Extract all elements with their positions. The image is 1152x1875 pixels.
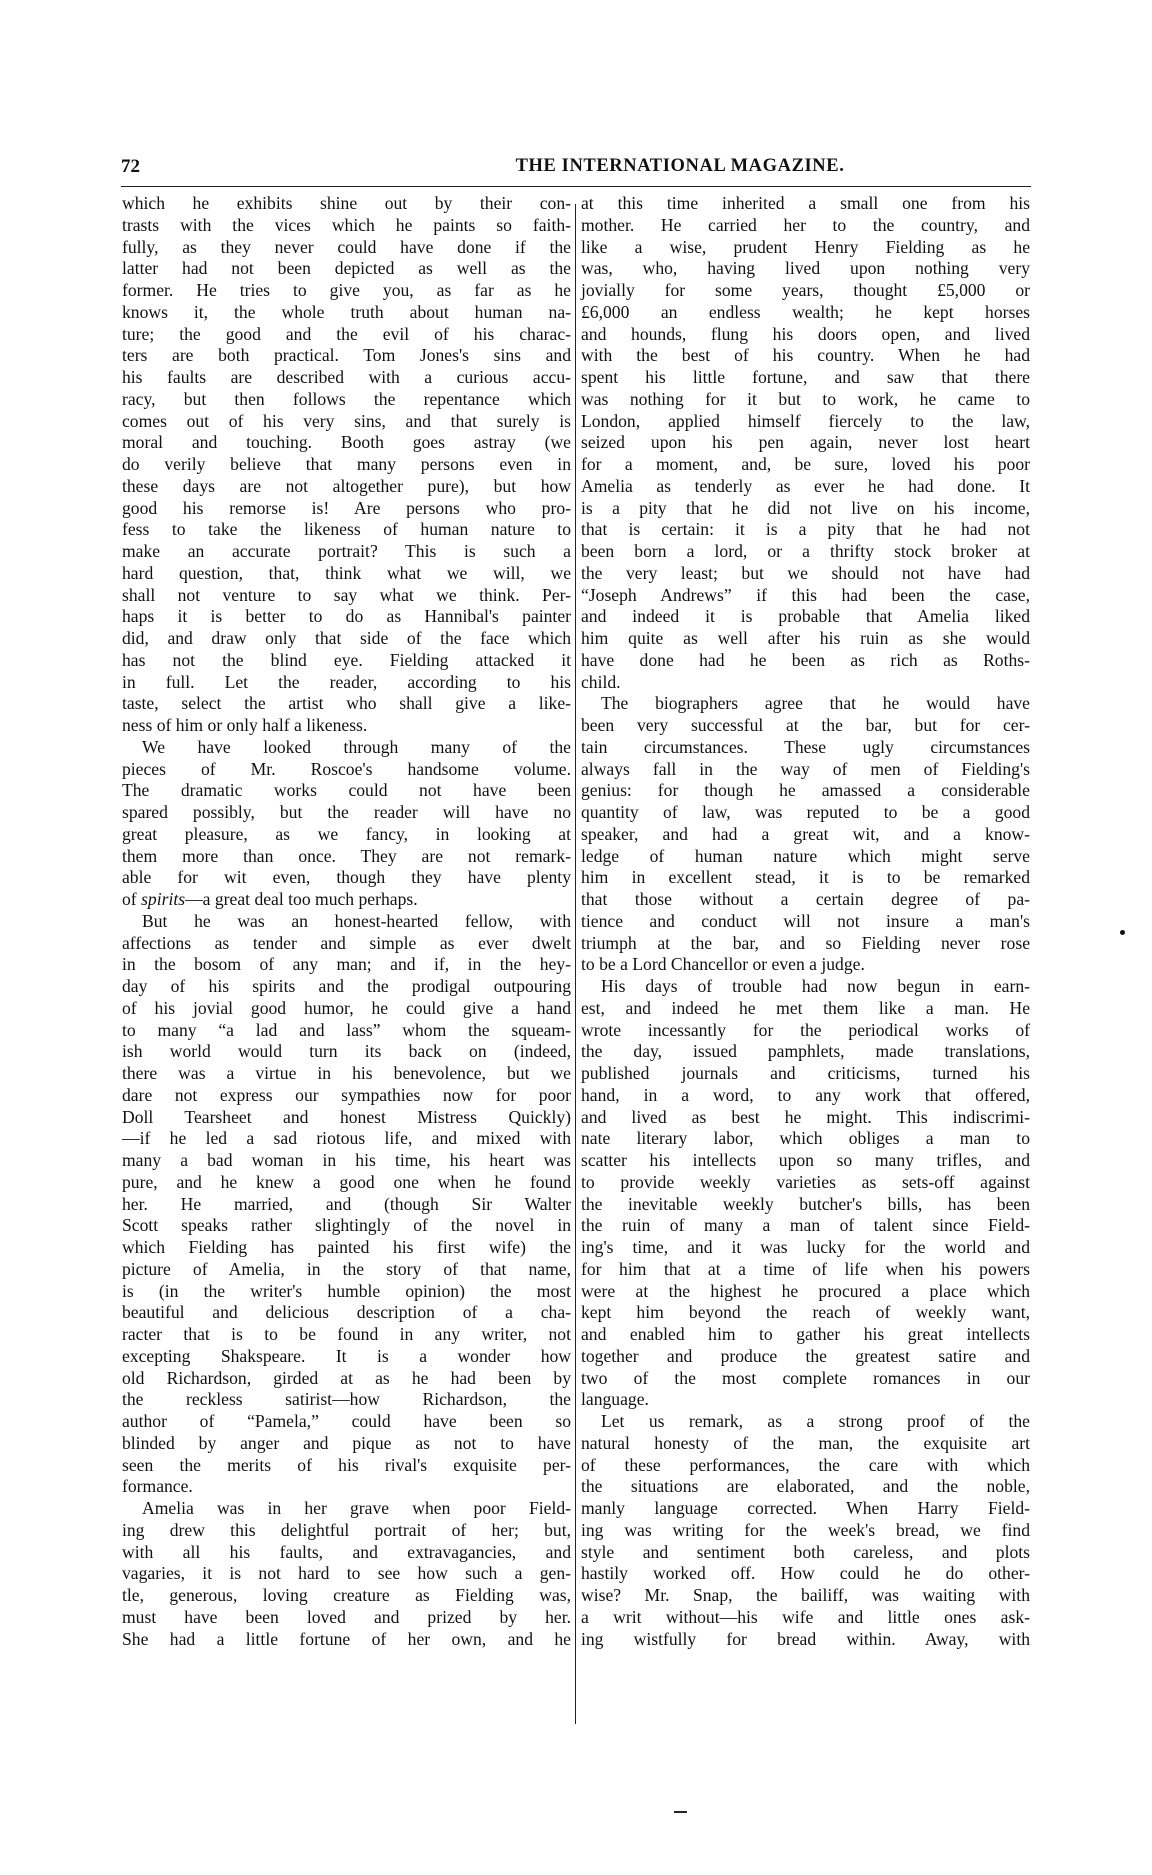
text-line: est, and indeed he met them like a man. …: [581, 998, 1030, 1020]
text-line: has not the blind eye. Fielding attacked…: [122, 650, 571, 672]
text-line: the ruin of many a man of talent since F…: [581, 1215, 1030, 1237]
text-line: “Joseph Andrews” if this had been the ca…: [581, 585, 1030, 607]
text-line: tain circumstances. These ugly circumsta…: [581, 737, 1030, 759]
printer-mark: [674, 1811, 687, 1813]
text-line: triumph at the bar, and so Fielding neve…: [581, 933, 1030, 955]
text-line: excepting Shakspeare. It is a wonder how: [122, 1346, 571, 1368]
text-line: that is certain: it is a pity that he ha…: [581, 519, 1030, 541]
text-line: her. He married, and (though Sir Walter: [122, 1194, 571, 1216]
text-line: the situations are elaborated, and the n…: [581, 1476, 1030, 1498]
text-line: manly language corrected. When Harry Fie…: [581, 1498, 1030, 1520]
text-line: Let us remark, as a strong proof of the: [581, 1411, 1030, 1433]
text-line: haps it is better to do as Hannibal's pa…: [122, 606, 571, 628]
text-line: the very least; but we should not have h…: [581, 563, 1030, 585]
text-line: latter had not been depicted as well as …: [122, 258, 571, 280]
text-line: pure, and he knew a good one when he fou…: [122, 1172, 571, 1194]
text-line: the inevitable weekly butcher's bills, h…: [581, 1194, 1030, 1216]
text-line: hastily worked off. How could he do othe…: [581, 1563, 1030, 1585]
text-line: racy, but then follows the repentance wh…: [122, 389, 571, 411]
text-line: trasts with the vices which he paints so…: [122, 215, 571, 237]
text-line: and lived as best he might. This indiscr…: [581, 1107, 1030, 1129]
text-line: former. He tries to give you, as far as …: [122, 280, 571, 302]
text-line: ness of him or only half a likeness.: [122, 715, 571, 737]
text-line: style and sentiment both careless, and p…: [581, 1542, 1030, 1564]
text-line: with all his faults, and extravagancies,…: [122, 1542, 571, 1564]
text-line: many a bad woman in his time, his heart …: [122, 1150, 571, 1172]
text-line: kept him beyond the reach of weekly want…: [581, 1302, 1030, 1324]
text-line: The dramatic works could not have been: [122, 780, 571, 802]
text-line: speaker, and had a great wit, and a know…: [581, 824, 1030, 846]
text-line: shall not venture to say what we think. …: [122, 585, 571, 607]
text-line: been born a lord, or a thrifty stock bro…: [581, 541, 1030, 563]
text-line: author of “Pamela,” could have been so: [122, 1411, 571, 1433]
text-line: which he exhibits shine out by their con…: [122, 193, 571, 215]
text-line: of his jovial good humor, he could give …: [122, 998, 571, 1020]
text-line: knows it, the whole truth about human na…: [122, 302, 571, 324]
text-line: spared possibly, but the reader will hav…: [122, 802, 571, 824]
text-line: make an accurate portrait? This is such …: [122, 541, 571, 563]
text-line: with the best of his country. When he ha…: [581, 345, 1030, 367]
paragraph: Amelia was in her grave when poor Field-…: [122, 1498, 571, 1650]
text-line: and hounds, flung his doors open, and li…: [581, 324, 1030, 346]
text-line: was nothing for it but to work, he came …: [581, 389, 1030, 411]
paragraph: The biographers agree that he would have…: [581, 693, 1030, 976]
italic-word: spirits: [141, 889, 185, 909]
text-line: Scott speaks rather slightingly of the n…: [122, 1215, 571, 1237]
text-line: must have been loved and prized by her.: [122, 1607, 571, 1629]
text-line: We have looked through many of the: [122, 737, 571, 759]
text-line: a writ without—his wife and little ones …: [581, 1607, 1030, 1629]
text-line: him quite as well after his ruin as she …: [581, 628, 1030, 650]
text-line: them more than once. They are not remark…: [122, 846, 571, 868]
text-line: him in excellent stead, it is to be rema…: [581, 867, 1030, 889]
text-line: and enabled him to gather his great inte…: [581, 1324, 1030, 1346]
text-line: wrote incessantly for the periodical wor…: [581, 1020, 1030, 1042]
text-line: spent his little fortune, and saw that t…: [581, 367, 1030, 389]
text-line: and indeed it is probable that Amelia li…: [581, 606, 1030, 628]
text-line: genius: for though he amassed a consider…: [581, 780, 1030, 802]
text-line: Amelia was in her grave when poor Field-: [122, 1498, 571, 1520]
text-line: Amelia as tenderly as ever he had done. …: [581, 476, 1030, 498]
text-line: did, and draw only that side of the face…: [122, 628, 571, 650]
text-line: child.: [581, 672, 1030, 694]
text-line: been very successful at the bar, but for…: [581, 715, 1030, 737]
text-line: ing was writing for the week's bread, we…: [581, 1520, 1030, 1542]
text-line: Doll Tearsheet and honest Mistress Quick…: [122, 1107, 571, 1129]
text-line: But he was an honest-hearted fellow, wit…: [122, 911, 571, 933]
paragraph: at this time inherited a small one from …: [581, 193, 1030, 693]
text-line: ish world would turn its back on (indeed…: [122, 1041, 571, 1063]
text-line: formance.: [122, 1476, 571, 1498]
text-line: She had a little fortune of her own, and…: [122, 1629, 571, 1651]
text-line: jovially for some years, thought £5,000 …: [581, 280, 1030, 302]
paragraph: Let us remark, as a strong proof of then…: [581, 1411, 1030, 1650]
text-line: ing drew this delightful portrait of her…: [122, 1520, 571, 1542]
text-line: £6,000 an endless wealth; he kept horses: [581, 302, 1030, 324]
text-line: together and produce the greatest satire…: [581, 1346, 1030, 1368]
text-line: was, who, having lived upon nothing very: [581, 258, 1030, 280]
paragraph: But he was an honest-hearted fellow, wit…: [122, 911, 571, 1498]
text-line: —if he led a sad riotous life, and mixed…: [122, 1128, 571, 1150]
text-line: able for wit even, though they have plen…: [122, 867, 571, 889]
text-line: old Richardson, girded at as he had been…: [122, 1368, 571, 1390]
text-line: good his remorse is! Are persons who pro…: [122, 498, 571, 520]
text-line: language.: [581, 1389, 1030, 1411]
text-line: affections as tender and simple as ever …: [122, 933, 571, 955]
text-line: seen the merits of his rival's exquisite…: [122, 1455, 571, 1477]
paragraph: which he exhibits shine out by their con…: [122, 193, 571, 737]
text-line: do verily believe that many persons even…: [122, 454, 571, 476]
running-title: THE INTERNATIONAL MAGAZINE.: [440, 156, 920, 177]
text-line: seized upon his pen again, never lost he…: [581, 432, 1030, 454]
text-line: have done had he been as rich as Roths-: [581, 650, 1030, 672]
text-line: that those without a certain degree of p…: [581, 889, 1030, 911]
text-line: ture; the good and the evil of his chara…: [122, 324, 571, 346]
column-divider: [575, 204, 576, 1724]
text-line: wise? Mr. Snap, the bailiff, was waiting…: [581, 1585, 1030, 1607]
text-line: which Fielding has painted his first wif…: [122, 1237, 571, 1259]
text-line: there was a virtue in his benevolence, b…: [122, 1063, 571, 1085]
text-line: hard question, that, think what we will,…: [122, 563, 571, 585]
text-line: nate literary labor, which obliges a man…: [581, 1128, 1030, 1150]
text-line: to be a Lord Chancellor or even a judge.: [581, 954, 1030, 976]
text-line: scatter his intellects upon so many trif…: [581, 1150, 1030, 1172]
text-line: always fall in the way of men of Fieldin…: [581, 759, 1030, 781]
text-line: his faults are described with a curious …: [122, 367, 571, 389]
text-line: to many “a lad and lass” whom the squeam…: [122, 1020, 571, 1042]
margin-speck: [1120, 930, 1125, 935]
text-line: at this time inherited a small one from …: [581, 193, 1030, 215]
paragraph: His days of trouble had now begun in ear…: [581, 976, 1030, 1411]
text-line: ledge of human nature which might serve: [581, 846, 1030, 868]
text-line: fully, as they never could have done if …: [122, 237, 571, 259]
text-line: taste, select the artist who shall give …: [122, 693, 571, 715]
text-line: is (in the writer's humble opinion) the …: [122, 1281, 571, 1303]
text-line: tle, generous, loving creature as Fieldi…: [122, 1585, 571, 1607]
text-line: ing wistfully for bread within. Away, wi…: [581, 1629, 1030, 1651]
text-line: to provide weekly varieties as sets-off …: [581, 1172, 1030, 1194]
text-line: pieces of Mr. Roscoe's handsome volume.: [122, 759, 571, 781]
text-line: two of the most complete romances in our: [581, 1368, 1030, 1390]
text-line: the day, issued pamphlets, made translat…: [581, 1041, 1030, 1063]
text-line: vagaries, it is not hard to see how such…: [122, 1563, 571, 1585]
text-line: natural honesty of the man, the exquisit…: [581, 1433, 1030, 1455]
text-line: day of his spirits and the prodigal outp…: [122, 976, 571, 998]
text-line: were at the highest he procured a place …: [581, 1281, 1030, 1303]
text-line: for a moment, and, be sure, loved his po…: [581, 454, 1030, 476]
header-rule: [121, 186, 1031, 187]
text-line: the reckless satirist—how Richardson, th…: [122, 1389, 571, 1411]
right-column: at this time inherited a small one from …: [581, 193, 1030, 1650]
text-line: these days are not altogether pure), but…: [122, 476, 571, 498]
text-line: hand, in a word, to any work that offere…: [581, 1085, 1030, 1107]
text-line: quantity of law, was reputed to be a goo…: [581, 802, 1030, 824]
text-line: great pleasure, as we fancy, in looking …: [122, 824, 571, 846]
text-line: beautiful and delicious description of a…: [122, 1302, 571, 1324]
text-line: published journals and criticisms, turne…: [581, 1063, 1030, 1085]
text-line: moral and touching. Booth goes astray (w…: [122, 432, 571, 454]
text-line: in full. Let the reader, according to hi…: [122, 672, 571, 694]
text-line: picture of Amelia, in the story of that …: [122, 1259, 571, 1281]
left-column: which he exhibits shine out by their con…: [122, 193, 571, 1650]
text-line: The biographers agree that he would have: [581, 693, 1030, 715]
text-line: in the bosom of any man; and if, in the …: [122, 954, 571, 976]
text-line: blinded by anger and pique as not to hav…: [122, 1433, 571, 1455]
text-line: is a pity that he did not live on his in…: [581, 498, 1030, 520]
text-line: London, applied himself fiercely to the …: [581, 411, 1030, 433]
paragraph: We have looked through many of thepieces…: [122, 737, 571, 911]
text-line: like a wise, prudent Henry Fielding as h…: [581, 237, 1030, 259]
text-line: comes out of his very sins, and that sur…: [122, 411, 571, 433]
text-line: racter that is to be found in any writer…: [122, 1324, 571, 1346]
text-line: ing's time, and it was lucky for the wor…: [581, 1237, 1030, 1259]
text-line: dare not express our sympathies now for …: [122, 1085, 571, 1107]
page-number: 72: [121, 156, 140, 178]
text-line: ters are both practical. Tom Jones's sin…: [122, 345, 571, 367]
text-line: mother. He carried her to the country, a…: [581, 215, 1030, 237]
text-line: of these performances, the care with whi…: [581, 1455, 1030, 1477]
text-line: tience and conduct will not insure a man…: [581, 911, 1030, 933]
text-line: His days of trouble had now begun in ear…: [581, 976, 1030, 998]
text-line: of spirits—a great deal too much perhaps…: [122, 889, 571, 911]
text-line: fess to take the likeness of human natur…: [122, 519, 571, 541]
text-line: for him that at a time of life when his …: [581, 1259, 1030, 1281]
